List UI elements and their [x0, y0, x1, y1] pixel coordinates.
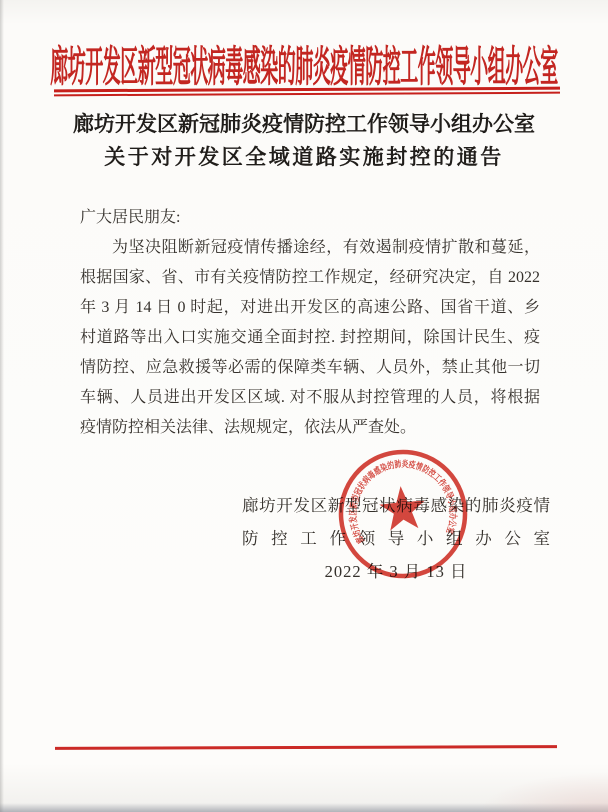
body-line: 村道路等出入口实施交通全面封控. 封控期间，除国计民生、疫 [80, 323, 540, 353]
notice-title: 廊坊开发区新冠肺炎疫情防控工作领导小组办公室 关于对开发区全域道路实施封控的通告 [0, 108, 608, 174]
body-line: 车辆、人员进出开发区区域. 对不服从封控管理的人员，将根据 [80, 383, 540, 413]
scan-edge-left [0, 0, 4, 812]
body-line: 年 3 月 14 日 0 时起，对进出开发区的高速公路、国省干道、乡 [80, 293, 540, 323]
official-seal: 廊坊开发区新型冠状病毒感染的肺炎疫情防控工作领导小组办公室 [310, 421, 496, 607]
body-line: 情防控、应急救援等必需的保障类车辆、人员外，禁止其他一切 [80, 353, 540, 383]
notice-title-line-1: 廊坊开发区新冠肺炎疫情防控工作领导小组办公室 [0, 108, 608, 141]
salutation: 广大居民朋友: [80, 203, 540, 233]
body-line: 为坚决阻断新冠疫情传播途经，有效遏制疫情扩散和蔓延， [80, 233, 540, 263]
seal-star-icon [378, 484, 427, 531]
scanned-notice-page: 廊坊开发区新型冠状病毒感染的肺炎疫情防控工作领导小组办公室 廊坊开发区新冠肺炎疫… [0, 0, 608, 812]
footer-rule [55, 745, 557, 750]
notice-body: 广大居民朋友: 为坚决阻断新冠疫情传播途经，有效遏制疫情扩散和蔓延， 根据国家、… [80, 203, 540, 443]
body-line: 根据国家、省、市有关疫情防控工作规定，经研究决定，自 2022 [80, 263, 540, 293]
scan-edge-corner [478, 772, 608, 812]
notice-title-line-2: 关于对开发区全域道路实施封控的通告 [0, 141, 608, 174]
